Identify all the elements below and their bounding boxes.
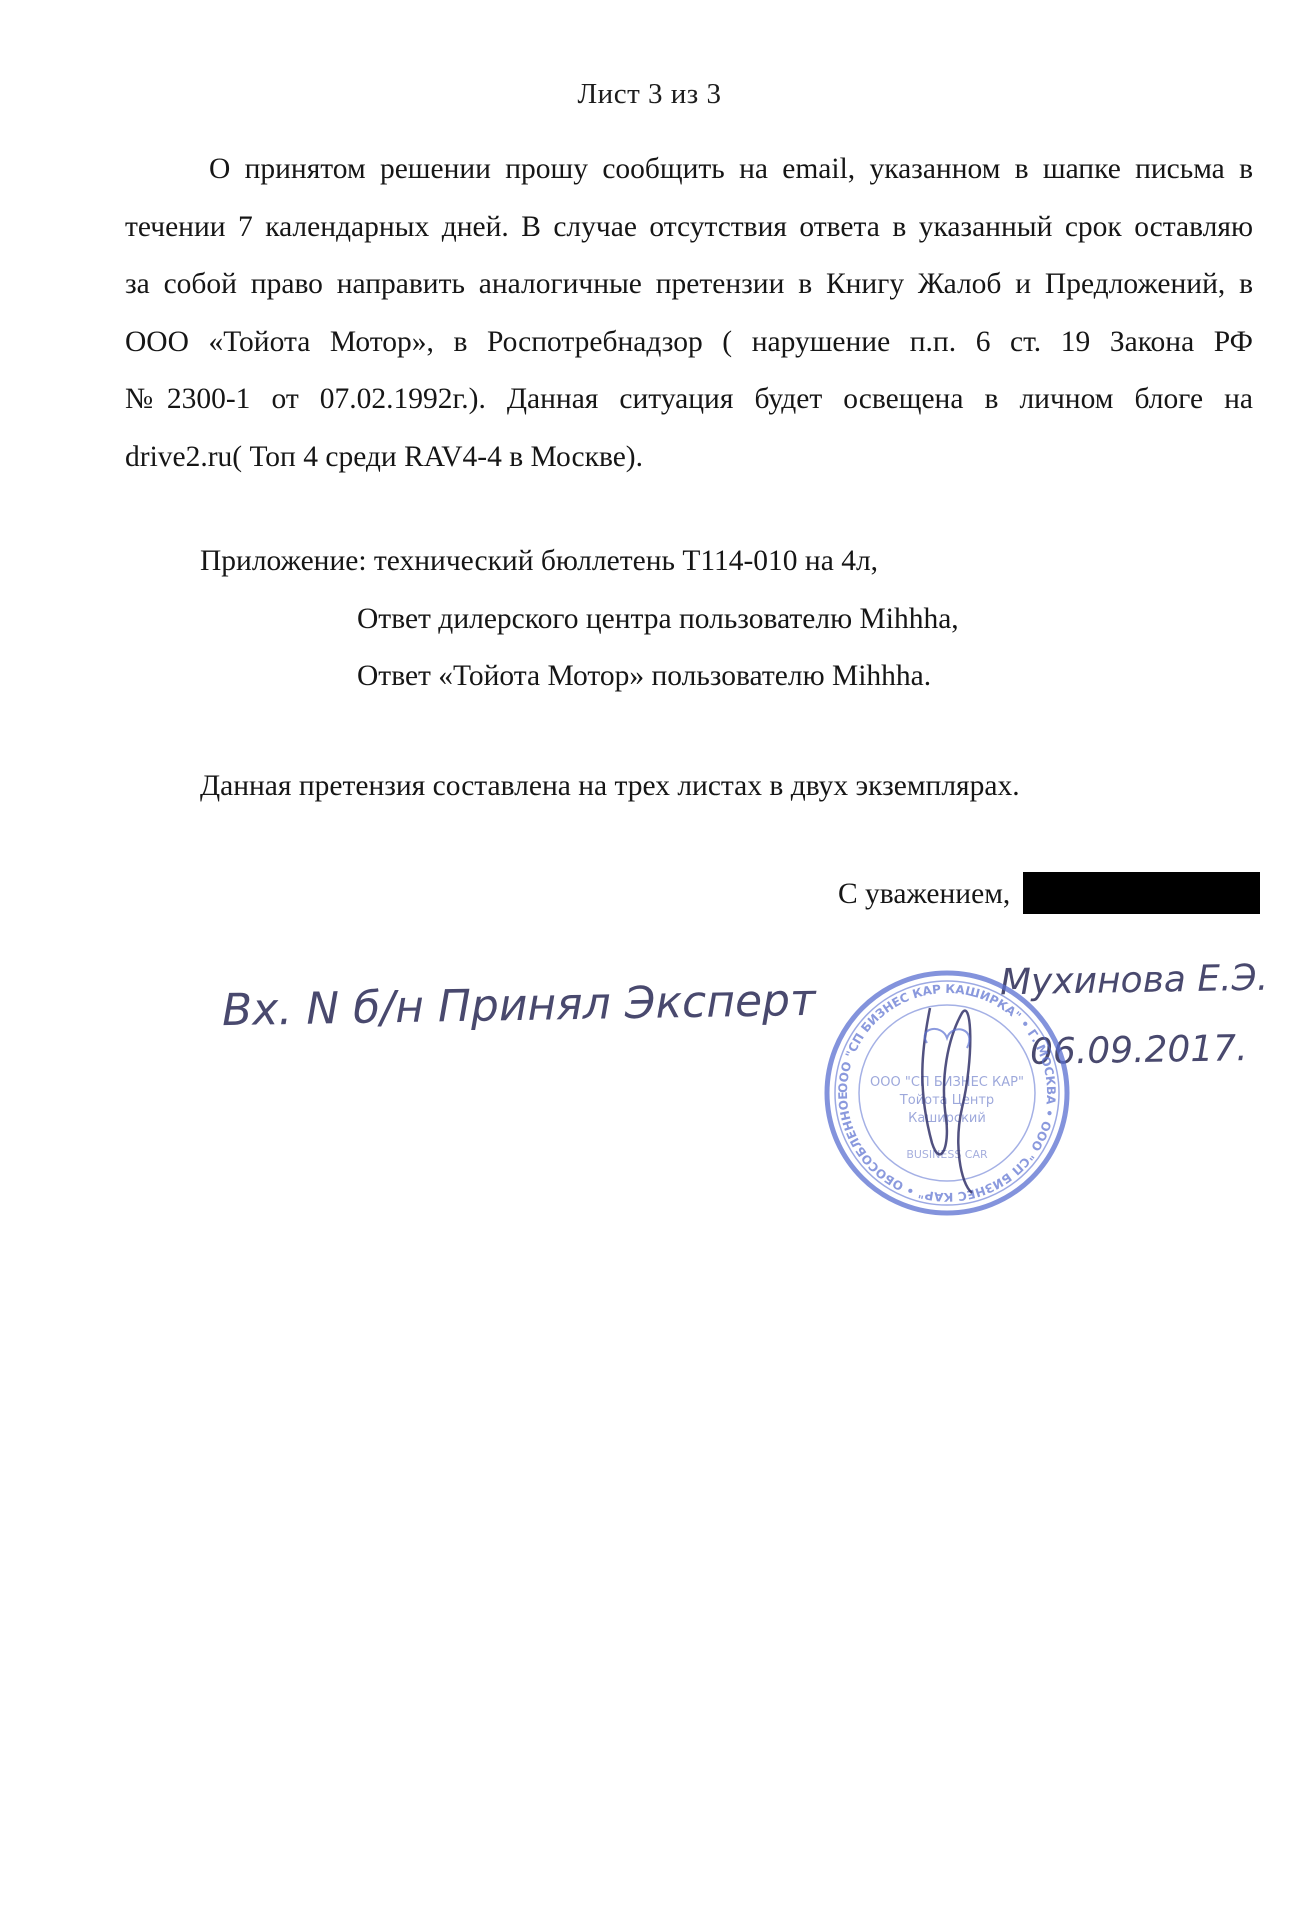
svg-text:BUSINESS CAR: BUSINESS CAR	[906, 1148, 988, 1161]
regards-label: С уважением,	[838, 878, 1010, 911]
paragraph-line: течении 7 календарных дней. В случае отс…	[125, 199, 1253, 257]
annex-line-1: Приложение: технический бюллетень T114-0…	[200, 545, 878, 578]
paragraph-line: за собой право направить аналогичные пре…	[125, 256, 1253, 314]
svg-text:ООО "СП БИЗНЕС КАР": ООО "СП БИЗНЕС КАР"	[870, 1075, 1024, 1090]
redacted-name-box	[1023, 872, 1260, 914]
paragraph-line: drive2.ru( Топ 4 среди RAV4-4 в Москве).	[125, 429, 1253, 487]
handwritten-receipt-note: Вх. N б/н Принял Эксперт	[222, 975, 816, 1036]
annex-line-2: Ответ дилерского центра пользователю Mih…	[357, 603, 959, 636]
document-page: Лист 3 из 3 О принятом решении прошу соо…	[0, 0, 1299, 1920]
page-number: Лист 3 из 3	[0, 78, 1299, 111]
company-stamp: ООО "СП БИЗНЕС КАР КАШИРКА" • Г. МОСКВА …	[822, 968, 1072, 1218]
paragraph-line: ООО «Тойота Мотор», в Роспотребнадзор ( …	[125, 314, 1253, 372]
closing-statement: Данная претензия составлена на трех лист…	[200, 770, 1020, 803]
paragraph-line: О принятом решении прошу сообщить на ema…	[125, 141, 1253, 199]
paragraph-line: №2300-1 от 07.02.1992г.). Данная ситуаци…	[125, 371, 1253, 429]
annex-line-3: Ответ «Тойота Мотор» пользователю Mihhha…	[357, 660, 931, 693]
stamp-seal-icon: ООО "СП БИЗНЕС КАР КАШИРКА" • Г. МОСКВА …	[822, 968, 1072, 1218]
body-paragraph: О принятом решении прошу сообщить на ema…	[125, 141, 1253, 486]
svg-text:Тойота Центр: Тойота Центр	[899, 1093, 994, 1108]
